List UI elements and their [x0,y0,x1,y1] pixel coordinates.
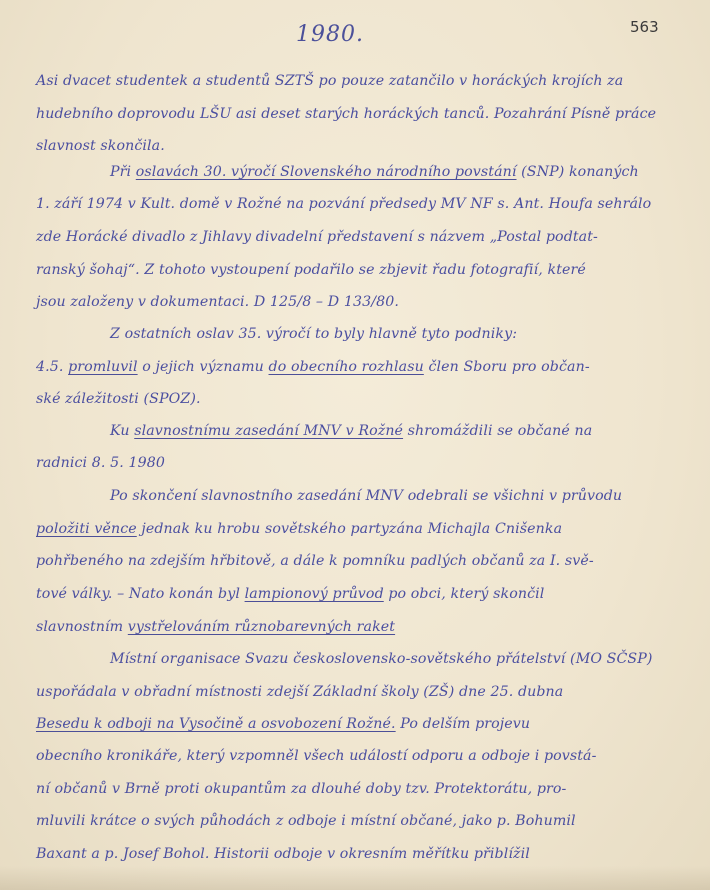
text-segment: Po skončení slavnostního zasedání MNV od… [110,488,622,504]
underlined-phrase: do obecního rozhlasu [269,359,424,375]
text-segment: slavnostním [36,619,128,635]
text-segment: Asi dvacet studentek a studentů SZTŠ po … [36,73,623,89]
text-segment: jednak ku hrobu sovětského partyzána Mic… [137,521,562,537]
text-line: 4.5. promluvil o jejich významu do obecn… [36,359,590,375]
text-segment: Z ostatních oslav 35. výročí to byly hla… [110,326,517,342]
text-line: položiti věnce jednak ku hrobu sovětskéh… [36,521,562,537]
text-segment: ní občanů v Brně proti okupantům za dlou… [36,781,566,797]
text-segment: mluvili krátce o svých půhodách z odboje… [36,813,576,829]
text-line: Ku slavnostnímu zasedání MNV v Rožné shr… [110,423,592,439]
text-segment: radnici 8. 5. 1980 [36,455,165,471]
page-bottom-edge [0,866,710,890]
text-line: Baxant a p. Josef Bohol. Historii odboje… [36,846,530,862]
text-line: zde Horácké divadlo z Jihlavy divadelní … [36,229,598,245]
text-segment: o jejich významu [138,359,269,375]
text-segment: slavnost skončila. [36,138,165,154]
text-segment: po obci, který skončil [384,586,545,602]
text-segment: ské záležitosti (SPOZ). [36,391,201,407]
text-line: pohřbeného na zdejším hřbitově, a dále k… [36,553,594,569]
text-line: mluvili krátce o svých půhodách z odboje… [36,813,576,829]
text-segment: Po delším projevu [396,716,530,732]
chronicle-page: 1980. 563 Asi dvacet studentek a student… [0,0,710,890]
text-segment: obecního kronikáře, který vzpomněl všech… [36,748,597,764]
text-segment: Při [110,164,136,180]
text-line: Při oslavách 30. výročí Slovenského náro… [110,164,639,180]
text-line: obecního kronikáře, který vzpomněl všech… [36,748,597,764]
underlined-phrase: promluvil [68,359,138,375]
text-segment: hudebního doprovodu LŠU asi deset starýc… [36,106,656,122]
underlined-phrase: oslavách 30. výročí Slovenského národníh… [136,164,517,180]
text-segment: zde Horácké divadlo z Jihlavy divadelní … [36,229,598,245]
text-segment: pohřbeného na zdejším hřbitově, a dále k… [36,553,594,569]
underlined-phrase: Besedu k odboji na Vysočině a osvobození… [36,716,396,732]
text-segment: 1. září 1974 v Kult. domě v Rožné na poz… [36,196,651,212]
text-segment: uspořádala v obřadní místnosti zdejší Zá… [36,684,563,700]
text-line: Besedu k odboji na Vysočině a osvobození… [36,716,530,732]
text-line: ranský šohaj“. Z tohoto vystoupení podař… [36,262,586,278]
underlined-phrase: slavnostnímu zasedání MNV v Rožné [134,423,403,439]
text-line: Po skončení slavnostního zasedání MNV od… [110,488,622,504]
text-segment: Místní organisace Svazu československo-s… [110,651,653,667]
text-line: uspořádala v obřadní místnosti zdejší Zá… [36,684,563,700]
text-line: Z ostatních oslav 35. výročí to byly hla… [110,326,517,342]
text-line: tové války. – Nato konán byl lampionový … [36,586,544,602]
text-line: slavnostním vystřelováním různobarevných… [36,619,395,635]
text-line: slavnost skončila. [36,138,165,154]
underlined-phrase: položiti věnce [36,521,137,537]
text-segment: člen Sboru pro občan- [424,359,590,375]
underlined-phrase: vystřelováním různobarevných raket [128,619,395,635]
text-segment: shromáždili se občané na [403,423,592,439]
text-segment: ranský šohaj“. Z tohoto vystoupení podař… [36,262,586,278]
text-segment: tové války. – Nato konán byl [36,586,245,602]
text-segment: 4.5. [36,359,68,375]
text-line: Asi dvacet studentek a studentů SZTŠ po … [36,73,623,89]
page-number: 563 [630,18,659,36]
text-line: 1. září 1974 v Kult. domě v Rožné na poz… [36,196,651,212]
text-segment: Baxant a p. Josef Bohol. Historii odboje… [36,846,530,862]
text-line: jsou založeny v dokumentaci. D 125/8 – D… [36,294,399,310]
year-heading: 1980. [296,22,364,47]
text-segment: Ku [110,423,134,439]
text-line: radnici 8. 5. 1980 [36,455,165,471]
text-segment: jsou založeny v dokumentaci. D 125/8 – D… [36,294,399,310]
text-line: Místní organisace Svazu československo-s… [110,651,653,667]
text-line: hudebního doprovodu LŠU asi deset starýc… [36,106,656,122]
text-segment: (SNP) konaných [517,164,639,180]
text-line: ské záležitosti (SPOZ). [36,391,201,407]
underlined-phrase: lampionový průvod [245,586,384,602]
text-line: ní občanů v Brně proti okupantům za dlou… [36,781,566,797]
